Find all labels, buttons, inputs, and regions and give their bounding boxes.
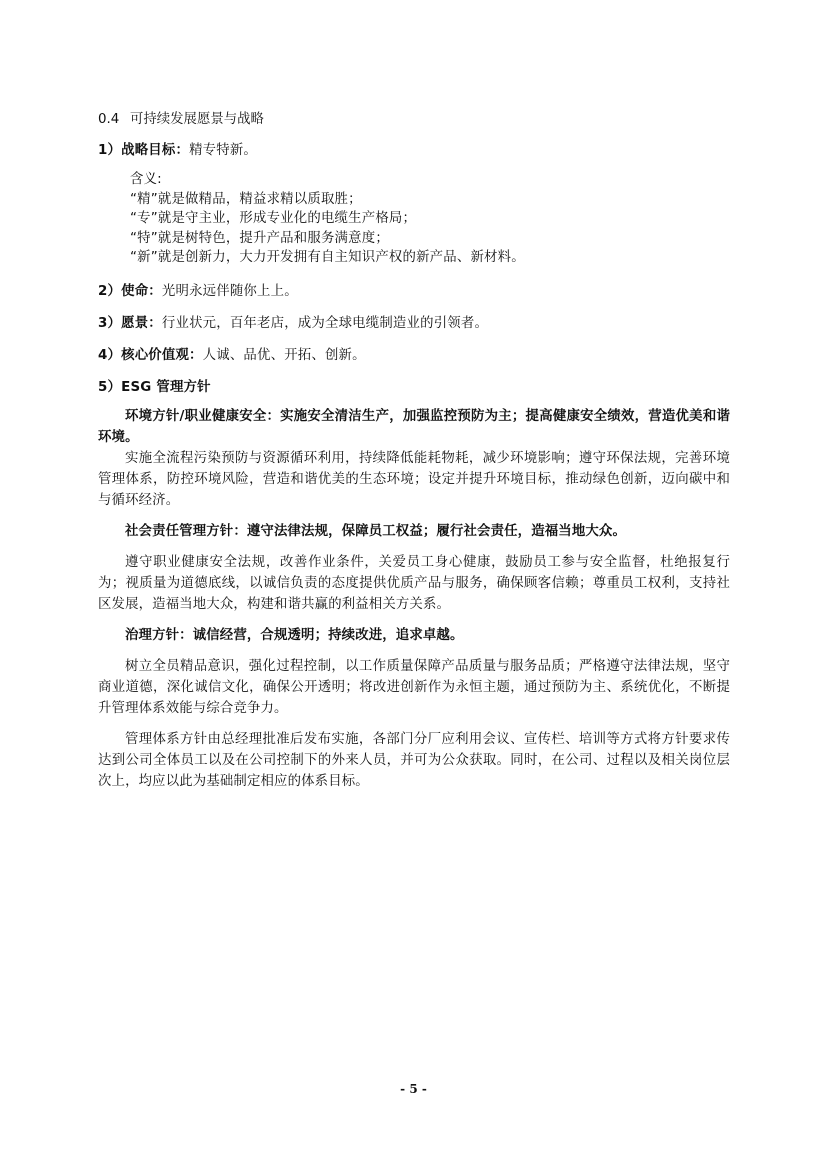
strategy-goal: 1）战略目标：精专特新。: [98, 141, 730, 160]
environment-policy: 环境方针/职业健康安全：实施安全清洁生产，加强监控预防为主；提高健康安全绩效，营…: [98, 406, 730, 448]
item-label: 1）战略目标：: [98, 143, 189, 158]
item-text: 精专特新。: [189, 143, 257, 158]
social-detail: 遵守职业健康安全法规，改善作业条件，关爱员工身心健康，鼓励员工参与安全监督，杜绝…: [98, 552, 730, 615]
meaning-block: 含义: “精”就是做精品，精益求精以质取胜； “专”就是守主业，形成专业化的电缆…: [98, 170, 730, 268]
meaning-line: “精”就是做精品，精益求精以质取胜；: [130, 190, 730, 210]
item-label: 2）使命：: [98, 284, 162, 299]
item-text: 光明永远伴随你上上。: [162, 284, 298, 299]
governance-policy: 治理方针：诚信经营，合规透明；持续改进，追求卓越。: [98, 625, 730, 646]
page-number: - 5 -: [0, 1082, 827, 1096]
governance-detail: 树立全员精品意识，强化过程控制，以工作质量保障产品质量与服务品质；严格遵守法律法…: [98, 656, 730, 719]
environment-detail: 实施全流程污染预防与资源循环利用，持续降低能耗物耗，减少环境影响；遵守环保法规，…: [98, 448, 730, 511]
meaning-line: “专”就是守主业，形成专业化的电缆生产格局；: [130, 209, 730, 229]
core-values: 4）核心价值观：人诚、品优、开拓、创新。: [98, 346, 730, 365]
item-text: 行业状元，百年老店，成为全球电缆制造业的引领者。: [162, 316, 488, 331]
document-page: 0.4可持续发展愿景与战略 1）战略目标：精专特新。 含义: “精”就是做精品，…: [0, 0, 827, 1170]
page-content: 0.4可持续发展愿景与战略 1）战略目标：精专特新。 含义: “精”就是做精品，…: [98, 110, 730, 802]
meaning-line: “特”就是树特色，提升产品和服务满意度；: [130, 229, 730, 249]
section-title: 可持续发展愿景与战略: [130, 112, 264, 127]
vision: 3）愿景：行业状元，百年老店，成为全球电缆制造业的引领者。: [98, 314, 730, 333]
item-label: 5）ESG 管理方针: [98, 380, 211, 395]
item-label: 3）愿景：: [98, 316, 162, 331]
item-text: 人诚、品优、开拓、创新。: [203, 348, 366, 363]
section-number: 0.4: [98, 110, 130, 129]
meaning-label: 含义:: [130, 170, 730, 190]
section-heading: 0.4可持续发展愿景与战略: [98, 110, 730, 129]
meaning-line: “新”就是创新力，大力开发拥有自主知识产权的新产品、新材料。: [130, 248, 730, 268]
social-policy: 社会责任管理方针：遵守法律法规，保障员工权益；履行社会责任，造福当地大众。: [98, 521, 730, 542]
mission: 2）使命：光明永远伴随你上上。: [98, 282, 730, 301]
deployment-paragraph: 管理体系方针由总经理批准后发布实施，各部门分厂应利用会议、宣传栏、培训等方式将方…: [98, 729, 730, 792]
esg-policy-heading: 5）ESG 管理方针: [98, 378, 730, 397]
item-label: 4）核心价值观：: [98, 348, 203, 363]
